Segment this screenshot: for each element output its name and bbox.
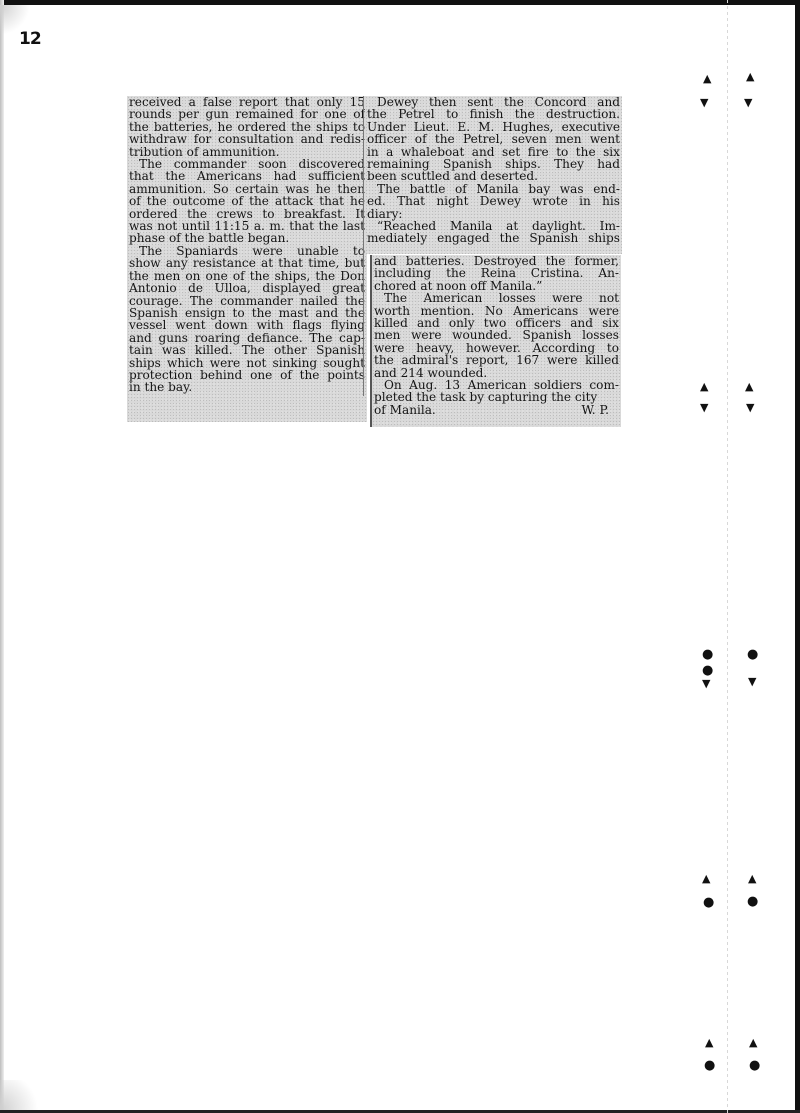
clipping-right-column-top: Dewey then sent the Concord andthe Petre… <box>365 96 622 254</box>
punch-hole-mark-icon: ▲ <box>745 381 753 392</box>
text-line: in the bay. <box>129 381 365 393</box>
scan-corner-shadow-bottom <box>0 1080 45 1110</box>
column-rule <box>363 96 364 396</box>
scan-edge-right <box>795 0 800 1113</box>
punch-hole-mark-icon: ● <box>704 1059 715 1072</box>
punch-hole-mark-icon: ▼ <box>746 402 754 413</box>
article-paragraph: and batteries. Destroyed the former,incl… <box>374 255 619 292</box>
text-line: the admiral's report, 167 were killed <box>374 354 619 366</box>
right-column-top-text: Dewey then sent the Concord andthe Petre… <box>367 96 620 245</box>
text-line: Antonio de Ulloa, displayed great <box>129 282 365 294</box>
text-line: men were wounded. Spanish losses <box>374 329 619 341</box>
article-paragraph: received a false report that only 15roun… <box>129 96 365 158</box>
right-column-bottom-text: and batteries. Destroyed the former,incl… <box>374 255 619 404</box>
text-line: phase of the battle began. <box>129 232 365 244</box>
article-paragraph: The battle of Manila bay was end-ed. Tha… <box>367 183 620 220</box>
article-paragraph: The American losses were notworth mentio… <box>374 292 619 379</box>
article-paragraph: On Aug. 13 American soldiers com-pleted … <box>374 379 619 404</box>
punch-hole-mark-icon: ▲ <box>748 873 756 884</box>
punch-hole-mark-icon: ▲ <box>705 1037 713 1048</box>
closing-line: of Manila. W. P. <box>374 404 619 416</box>
article-paragraph: The commander soon discoveredthat the Am… <box>129 158 365 245</box>
text-line: rounds per gun remained for one of <box>129 108 365 120</box>
punch-hole-mark-icon: ● <box>749 1059 760 1072</box>
article-paragraph: The Spaniards were unable toshow any res… <box>129 245 365 394</box>
punch-hole-mark-icon: ▲ <box>749 1037 757 1048</box>
text-line: been scuttled and deserted. <box>367 170 620 182</box>
punch-hole-mark-icon: ▼ <box>744 97 752 108</box>
scan-edge-top <box>0 0 800 5</box>
text-line: withdraw for consultation and redis- <box>129 133 365 145</box>
author-signature: W. P. <box>581 404 619 416</box>
clipping-left-column: received a false report that only 15roun… <box>127 96 367 422</box>
punch-hole-mark-icon: ▲ <box>700 381 708 392</box>
punch-hole-mark-icon: ▼ <box>702 678 710 689</box>
punch-hole-mark-icon: ● <box>702 664 713 677</box>
punch-hole-mark-icon: ▼ <box>700 97 708 108</box>
clipping-right-column-bottom: and batteries. Destroyed the former,incl… <box>370 255 621 427</box>
text-line: officer of the Petrel, seven men went <box>367 133 620 145</box>
punch-hole-mark-icon: ▼ <box>700 402 708 413</box>
punch-hole-mark-icon: ● <box>703 896 714 909</box>
punch-hole-mark-icon: ● <box>702 648 713 661</box>
page-fold-line <box>727 0 728 1113</box>
text-line: that the Americans had sufficient <box>129 170 365 182</box>
left-column-text: received a false report that only 15roun… <box>129 96 365 394</box>
punch-hole-mark-icon: ▲ <box>746 71 754 82</box>
text-line: show any resistance at that time, but <box>129 257 365 269</box>
text-line: mediately engaged the Spanish ships <box>367 232 620 244</box>
text-line: tain was killed. The other Spanish <box>129 344 365 356</box>
text-line: vessel went down with flags flying <box>129 319 365 331</box>
closing-text: of Manila. <box>374 404 436 416</box>
punch-hole-mark-icon: ● <box>747 895 758 908</box>
text-line: the Petrel to finish the destruction. <box>367 108 620 120</box>
text-line: The American losses were not <box>374 292 619 304</box>
article-paragraph: “Reached Manila at daylight. Im-mediatel… <box>367 220 620 245</box>
punch-hole-mark-icon: ▲ <box>703 73 711 84</box>
article-paragraph: Dewey then sent the Concord andthe Petre… <box>367 96 620 183</box>
text-line: of the outcome of the attack that he <box>129 195 365 207</box>
punch-hole-mark-icon: ● <box>747 648 758 661</box>
scan-edge-left <box>0 0 4 1113</box>
page-number: 12 <box>19 29 41 49</box>
punch-hole-mark-icon: ▲ <box>702 873 710 884</box>
punch-hole-mark-icon: ▼ <box>748 676 756 687</box>
text-line: ed. That night Dewey wrote in his <box>367 195 620 207</box>
text-line: including the Reina Cristina. An- <box>374 267 619 279</box>
text-line: pleted the task by capturing the city <box>374 391 619 403</box>
